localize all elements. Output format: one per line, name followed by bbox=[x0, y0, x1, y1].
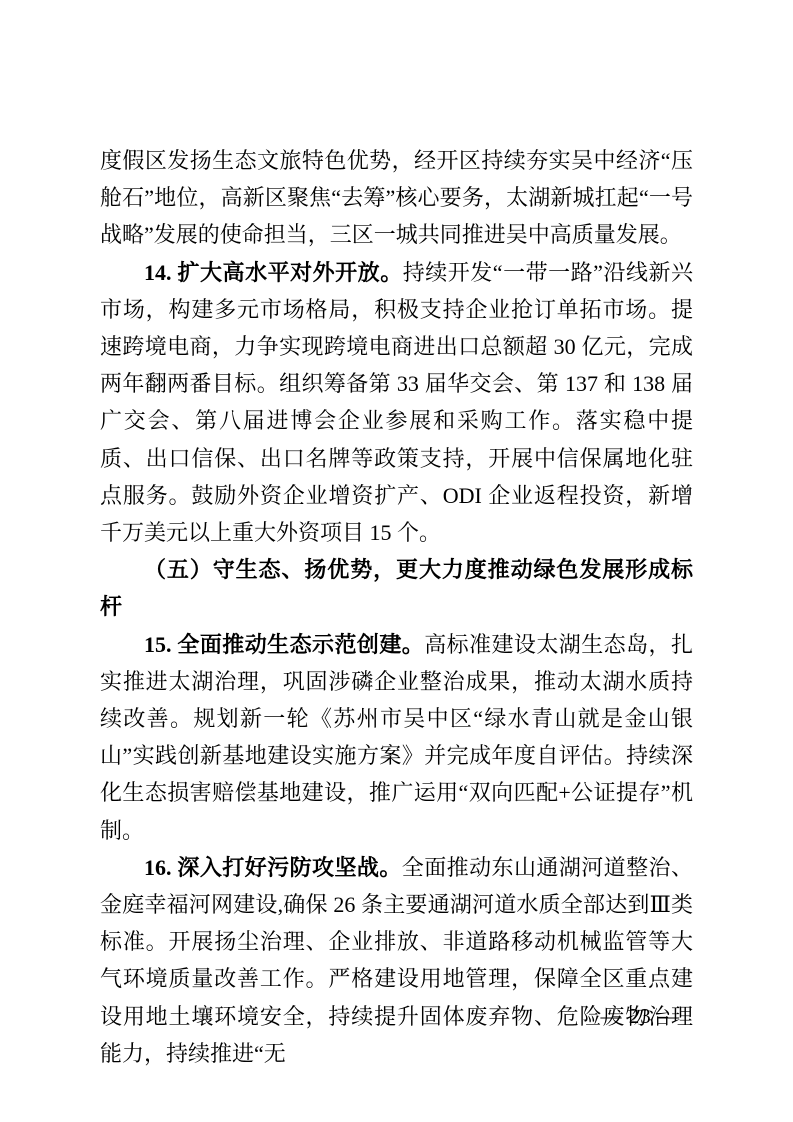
paragraph-item-15: 15. 全面推动生态示范创建。高标准建设太湖生态岛，扎实推进太湖治理，巩固涉磷企… bbox=[100, 626, 693, 849]
paragraph-text: 持续开发“一带一路”沿线新兴市场，构建多元市场格局，积极支持企业抢订单拓市场。提… bbox=[100, 260, 693, 545]
section-heading-5: （五）守生态、扬优势，更大力度推动绿色发展形成标杆 bbox=[100, 551, 693, 625]
section-heading-text: （五）守生态、扬优势，更大力度推动绿色发展形成标杆 bbox=[100, 557, 693, 619]
paragraph-item-16: 16. 深入打好污防攻坚战。全面推动东山通湖河道整治、金庭幸福河网建设,确保 2… bbox=[100, 849, 693, 1072]
document-page: 度假区发扬生态文旅特色优势，经开区持续夯实吴中经济“压舱石”地位，高新区聚焦“去… bbox=[0, 0, 793, 1122]
paragraph-text: 全面推动东山通湖河道整治、金庭幸福河网建设,确保 26 条主要通湖河道水质全部达… bbox=[100, 855, 693, 1066]
paragraph-text: 高标准建设太湖生态岛，扎实推进太湖治理，巩固涉磷企业整治成果，推动太湖水质持续改… bbox=[100, 632, 693, 843]
paragraph-item-14: 14. 扩大高水平对外开放。持续开发“一带一路”沿线新兴市场，构建多元市场格局，… bbox=[100, 254, 693, 552]
page-number: — 23 — bbox=[601, 1002, 681, 1030]
paragraph-lead: 14. 扩大高水平对外开放。 bbox=[144, 260, 403, 285]
paragraph-continuation: 度假区发扬生态文旅特色优势，经开区持续夯实吴中经济“压舱石”地位，高新区聚焦“去… bbox=[100, 142, 693, 254]
text-block: 度假区发扬生态文旅特色优势，经开区持续夯实吴中经济“压舱石”地位，高新区聚焦“去… bbox=[100, 142, 693, 1072]
paragraph-text: 度假区发扬生态文旅特色优势，经开区持续夯实吴中经济“压舱石”地位，高新区聚焦“去… bbox=[100, 148, 693, 247]
paragraph-lead: 15. 全面推动生态示范创建。 bbox=[144, 632, 424, 657]
paragraph-lead: 16. 深入打好污防攻坚战。 bbox=[144, 855, 402, 880]
